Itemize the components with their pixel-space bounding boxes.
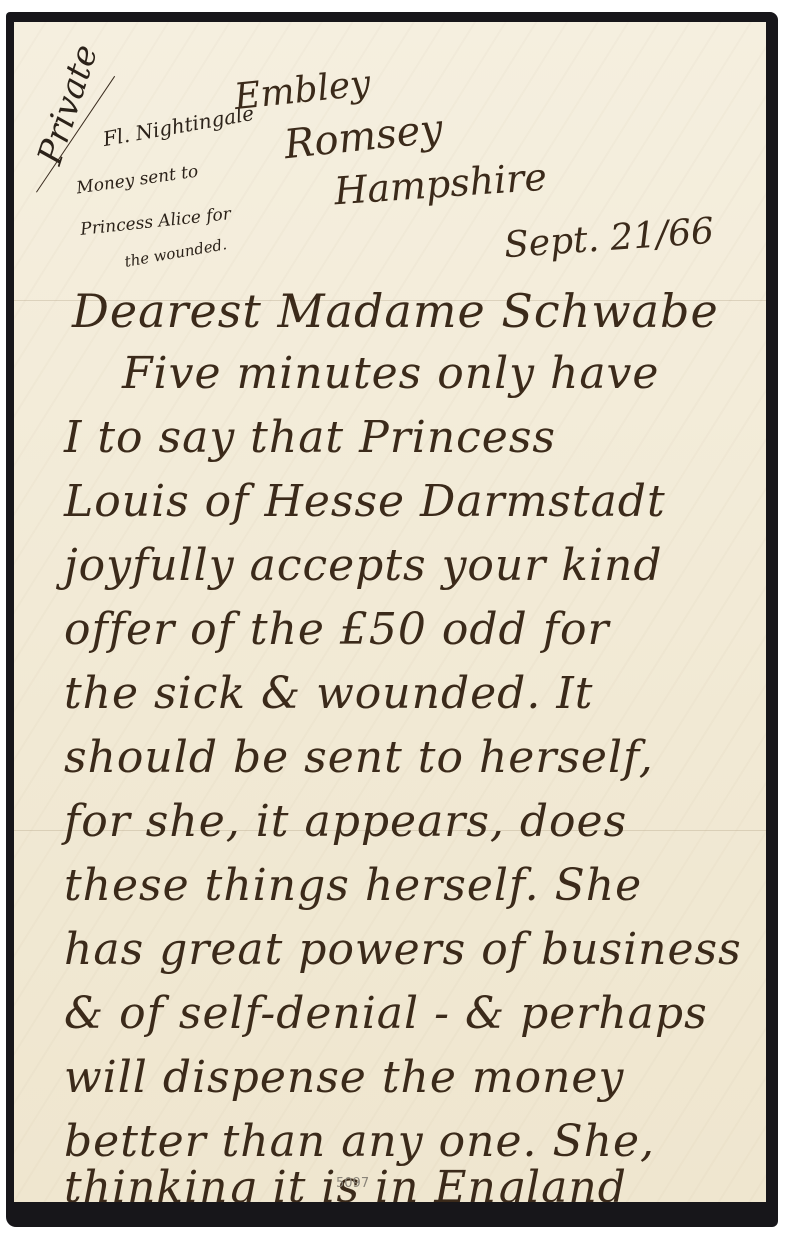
body-line: the sick & wounded. It <box>64 668 593 719</box>
body-line: will dispense the money <box>64 1052 624 1103</box>
address-line: Embley <box>232 63 372 118</box>
body-line: should be sent to herself, <box>64 732 654 783</box>
summary-annotation-line: the wounded. <box>123 235 228 271</box>
letter-date: Sept. 21/66 <box>503 211 715 267</box>
sender-annotation: Fl. Nightingale <box>101 101 256 151</box>
body-line: joyfully accepts your kind <box>64 540 663 591</box>
letter-page: Private Fl. Nightingale Money sent to Pr… <box>14 22 766 1202</box>
address-line: Romsey <box>282 106 445 168</box>
body-line: these things herself. She <box>64 860 642 911</box>
body-line: has great powers of business <box>64 924 742 975</box>
body-line: for she, it appears, does <box>64 796 627 847</box>
body-line: I to say that Princess <box>64 412 556 463</box>
body-line: offer of the £50 odd for <box>64 604 610 655</box>
summary-annotation-line: Princess Alice for <box>79 204 231 240</box>
archive-number: 5097 <box>336 1176 369 1191</box>
body-line: better than any one. She, <box>64 1116 655 1167</box>
body-line: Louis of Hesse Darmstadt <box>64 476 666 527</box>
body-line: Five minutes only have <box>122 348 659 399</box>
salutation: Dearest Madame Schwabe <box>72 284 719 338</box>
summary-annotation-line: Money sent to <box>75 162 199 199</box>
body-line: & of self-denial - & perhaps <box>64 988 708 1039</box>
address-line: Hampshire <box>333 155 548 214</box>
